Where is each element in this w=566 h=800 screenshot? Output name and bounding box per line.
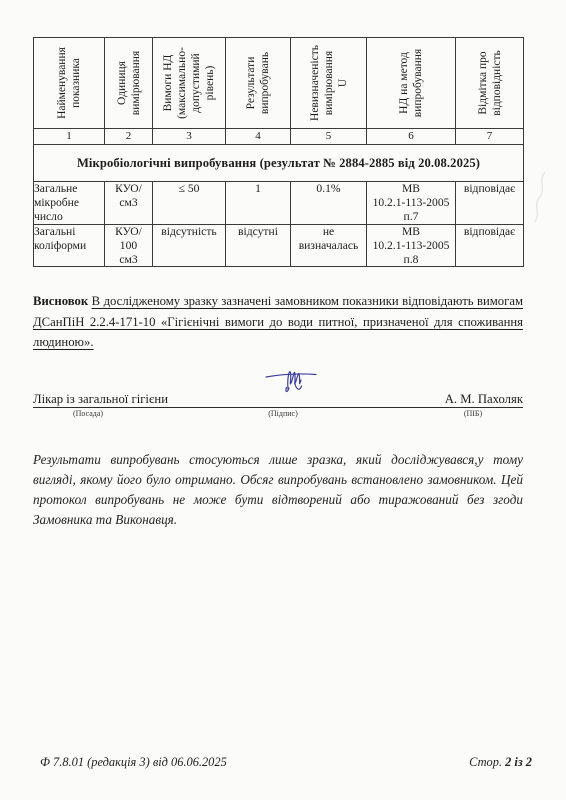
results-table: Найменування показника Одиниця вимірюван… xyxy=(33,37,524,267)
scanned-protocol-page: Найменування показника Одиниця вимірюван… xyxy=(0,0,566,800)
header-cell-method: НД на метод випробування xyxy=(367,38,456,129)
signature-line: Лікар із загальної гігієни А. М. Пахоляк xyxy=(33,388,523,408)
signature-block: Лікар із загальної гігієни А. М. Пахоляк… xyxy=(33,388,523,418)
row2-method: МВ 10.2.1-113-2005 п.8 xyxy=(367,224,456,267)
row2-uncertainty: не визначалась xyxy=(291,224,367,267)
row2-unit: КУО/ 100 см3 xyxy=(105,224,153,267)
signature-captions: (Посада) (Підпис) (ПІБ) xyxy=(33,409,523,418)
scan-artifact-mark xyxy=(525,168,555,233)
row1-indicator: Загальне мікробне число xyxy=(34,182,105,225)
header-label-unit: Одиниця вимірювання xyxy=(114,51,142,115)
table-header-row: Найменування показника Одиниця вимірюван… xyxy=(34,38,524,129)
col-number-1: 1 xyxy=(34,129,105,145)
table-row: Загальне мікробне число КУО/ см3 ≤ 50 1 … xyxy=(34,182,524,225)
page-number: Стор. 2 із 2 xyxy=(469,755,532,770)
page-number-label: Стор. xyxy=(469,755,502,769)
header-label-method: НД на метод випробування xyxy=(397,49,425,117)
header-label-nd-requirements: Вимоги НД (максимально- допустимий рівен… xyxy=(161,47,217,119)
sign-caption: (Підпис) xyxy=(143,409,423,418)
col-number-2: 2 xyxy=(105,129,153,145)
conclusion-paragraph: Висновок В дослідженому зразку зазначені… xyxy=(33,291,523,352)
header-cell-conformity: Відмітка про відповідність xyxy=(456,38,524,129)
disclaimer-paragraph: Результати випробувань стосуються лише з… xyxy=(33,450,523,529)
header-cell-indicator: Найменування показника xyxy=(34,38,105,129)
row2-result: відсутні xyxy=(226,224,291,267)
signature-ink xyxy=(260,364,324,398)
header-cell-results: Результати випробувань xyxy=(226,38,291,129)
row2-conformity: відповідає xyxy=(456,224,524,267)
header-label-conformity: Відмітка про відповідність xyxy=(475,50,503,116)
role-caption: (Посада) xyxy=(33,409,143,418)
row1-result: 1 xyxy=(226,182,291,225)
signatory-role: Лікар із загальної гігієни xyxy=(33,392,168,407)
header-cell-nd-requirements: Вимоги НД (максимально- допустимий рівен… xyxy=(153,38,226,129)
header-cell-uncertainty: Невизначеність вимірювання U xyxy=(291,38,367,129)
row1-nd-requirement: ≤ 50 xyxy=(153,182,226,225)
col-number-6: 6 xyxy=(367,129,456,145)
row2-indicator: Загальні коліформи xyxy=(34,224,105,267)
col-number-5: 5 xyxy=(291,129,367,145)
form-reference: Ф 7.8.01 (редакція 3) від 06.06.2025 xyxy=(40,755,227,770)
conclusion-text: В дослідженому зразку зазначені замовник… xyxy=(33,294,523,349)
row2-nd-requirement: відсутність xyxy=(153,224,226,267)
header-label-indicator: Найменування показника xyxy=(55,47,83,119)
table-row: Загальні коліформи КУО/ 100 см3 відсутні… xyxy=(34,224,524,267)
page-footer: Ф 7.8.01 (редакція 3) від 06.06.2025 Сто… xyxy=(40,755,532,770)
page-content: Найменування показника Одиниця вимірюван… xyxy=(33,37,523,543)
row1-unit: КУО/ см3 xyxy=(105,182,153,225)
row1-method: МВ 10.2.1-113-2005 п.7 xyxy=(367,182,456,225)
name-caption: (ПІБ) xyxy=(423,409,523,418)
col-number-7: 7 xyxy=(456,129,524,145)
section-title: Мікробіологічні випробування (результат … xyxy=(34,145,524,182)
col-number-3: 3 xyxy=(153,129,226,145)
conclusion-label: Висновок xyxy=(33,294,88,308)
section-title-row: Мікробіологічні випробування (результат … xyxy=(34,145,524,182)
signatory-name: А. М. Пахоляк xyxy=(445,392,523,407)
header-cell-unit: Одиниця вимірювання xyxy=(105,38,153,129)
header-label-uncertainty: Невизначеність вимірювання U xyxy=(307,45,349,121)
page-number-value: 2 із 2 xyxy=(505,755,532,769)
row1-uncertainty: 0.1% xyxy=(291,182,367,225)
column-number-row: 1 2 3 4 5 6 7 xyxy=(34,129,524,145)
header-label-results: Результати випробувань xyxy=(244,52,272,114)
col-number-4: 4 xyxy=(226,129,291,145)
row1-conformity: відповідає xyxy=(456,182,524,225)
